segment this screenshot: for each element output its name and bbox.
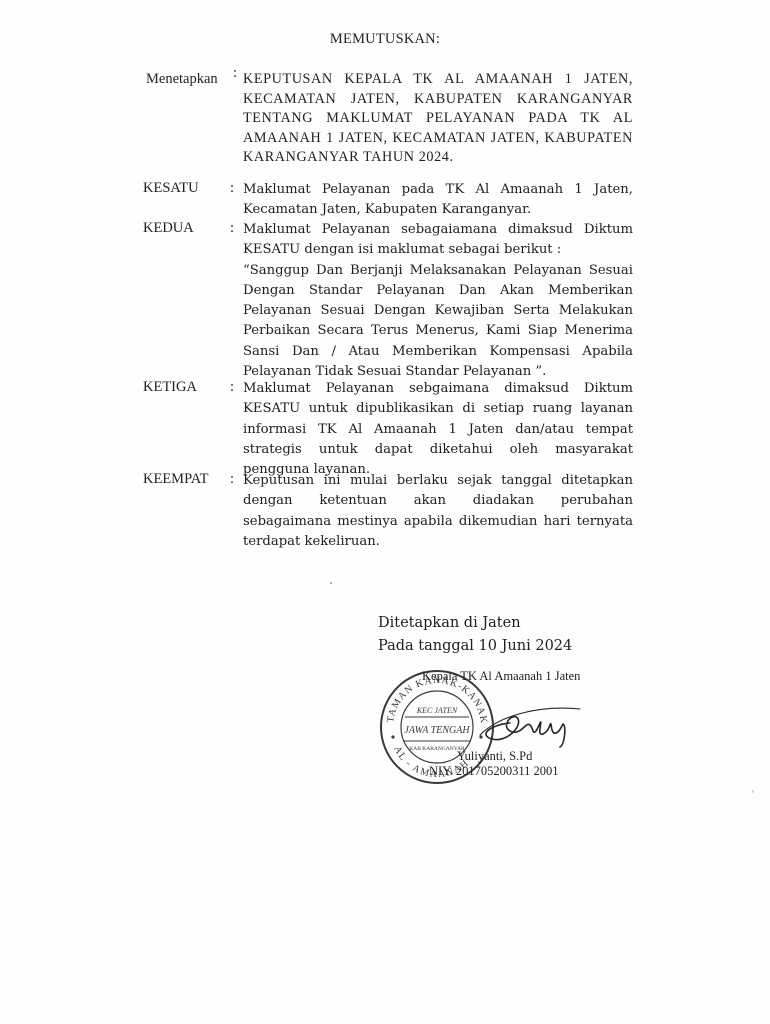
dictum-text: Maklumat Pelayanan sebgaimana dimaksud D… xyxy=(243,379,633,480)
separator-colon: : xyxy=(230,471,234,488)
ratification-block: Ditetapkan di Jaten Pada tanggal 10 Juni… xyxy=(378,612,572,658)
maklumat-quote: “Sanggup Dan Berjanji Melaksanakan Pelay… xyxy=(243,261,633,383)
menetapkan-label: Menetapkan xyxy=(146,71,218,88)
signature-icon xyxy=(470,695,590,750)
signature-block: TAMAN KANAK-KANAK AL - AMAANAH KEC JATEN… xyxy=(370,660,610,790)
document-page: MEMUTUSKAN: Menetapkan : KEPUTUSAN KEPAL… xyxy=(0,0,770,1024)
dictum-text: Maklumat Pelayanan sebagaiamana dimaksud… xyxy=(243,220,633,261)
dictum-label: KESATU xyxy=(143,180,199,197)
official-name: Yuliyanti, S.Pd xyxy=(457,749,532,764)
separator-colon: : xyxy=(230,220,234,237)
dictum-body: Maklumat Pelayanan sebagaiamana dimaksud… xyxy=(243,220,633,382)
svg-text:KEC JATEN: KEC JATEN xyxy=(416,706,458,715)
scan-speck xyxy=(752,790,754,793)
dictum-text: Keputusan ini mulai berlaku sejak tangga… xyxy=(243,471,633,552)
scan-speck xyxy=(330,582,332,584)
official-nip: NIY. 201705200311 2001 xyxy=(429,764,559,779)
decision-heading: MEMUTUSKAN: xyxy=(0,31,770,48)
separator-colon: : xyxy=(230,180,234,197)
dictum-label: KEEMPAT xyxy=(143,471,209,488)
dictum-label: KETIGA xyxy=(143,379,197,396)
separator-colon: : xyxy=(233,65,237,82)
menetapkan-text: KEPUTUSAN KEPALA TK AL AMAANAH 1 JATEN, … xyxy=(243,70,633,168)
svg-text:JAWA TENGAH: JAWA TENGAH xyxy=(404,725,470,736)
ratification-place: Ditetapkan di Jaten xyxy=(378,612,572,635)
separator-colon: : xyxy=(230,379,234,396)
dictum-text: Maklumat Pelayanan pada TK Al Amaanah 1 … xyxy=(243,180,633,221)
dictum-label: KEDUA xyxy=(143,220,194,237)
official-title: Kepala TK Al Amaanah 1 Jaten xyxy=(422,669,580,684)
ratification-date: Pada tanggal 10 Juni 2024 xyxy=(378,635,572,658)
